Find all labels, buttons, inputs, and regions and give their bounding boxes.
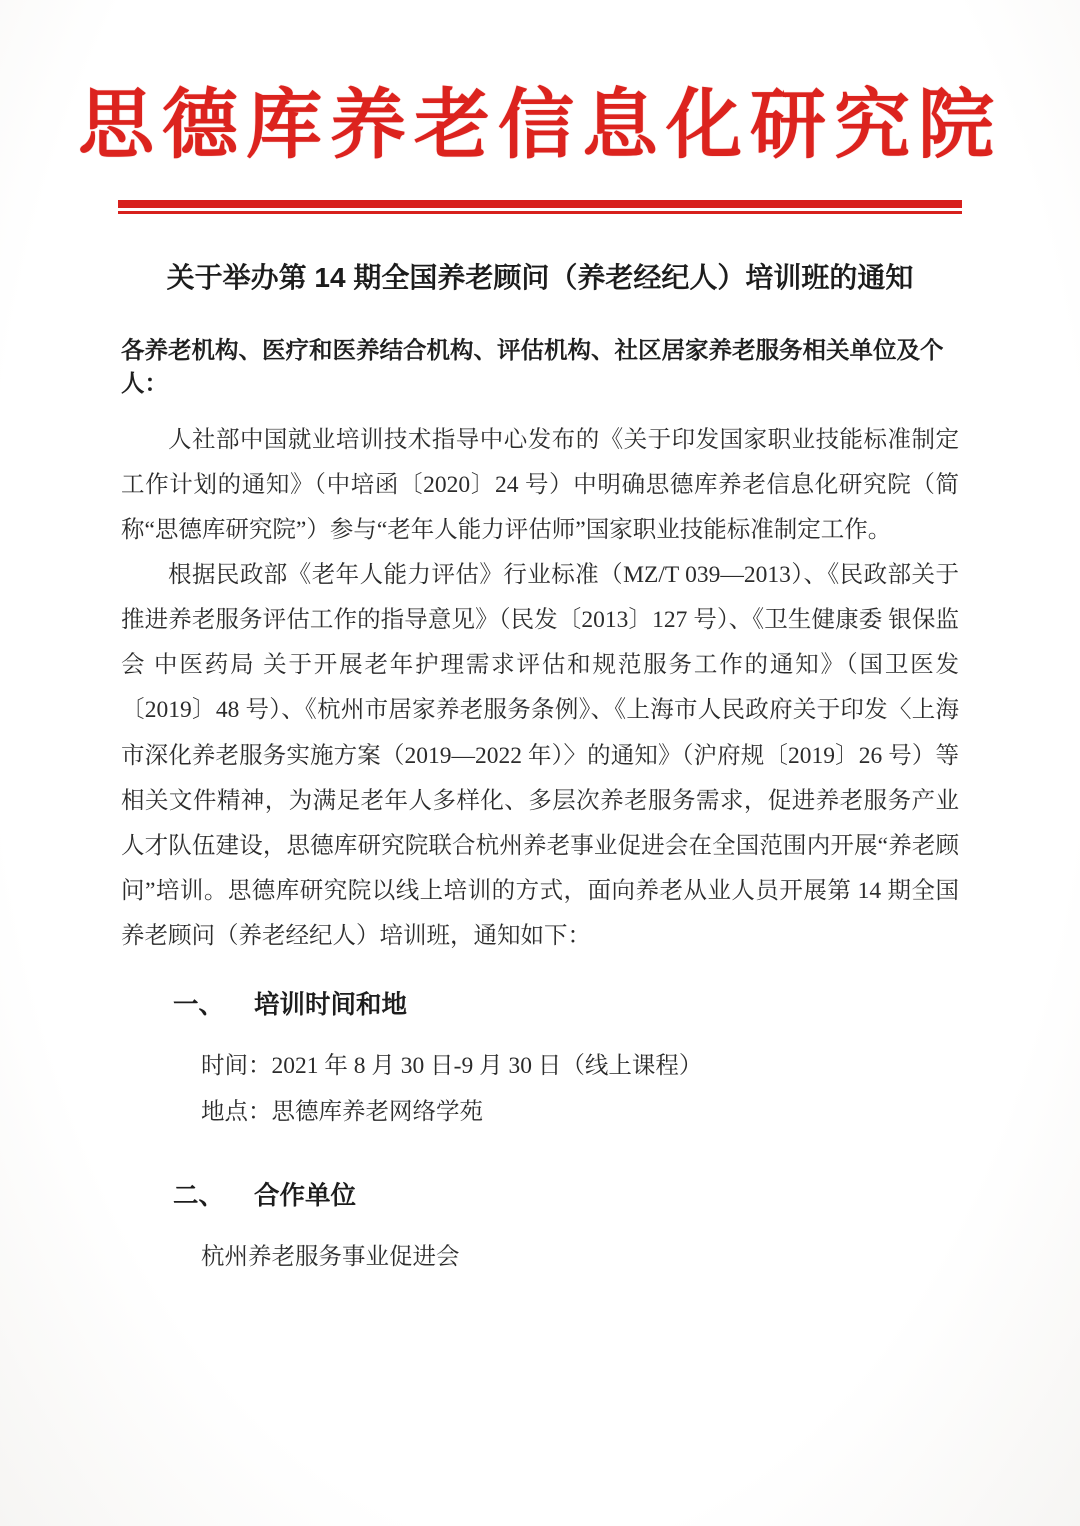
letterhead: 思德库养老信息化研究院 (0, 0, 1080, 214)
section-heading-text: 合作单位 (254, 1182, 356, 1210)
section-number: 一、 (173, 989, 224, 1022)
notice-document-page: 思德库养老信息化研究院 关于举办第 14 期全国养老顾问（养老经纪人）培训班的通… (0, 0, 1080, 1526)
section-number: 二、 (173, 1180, 224, 1213)
letterhead-divider (118, 200, 962, 214)
section-cooperation-unit: 二、合作单位 杭州养老服务事业促进会 (121, 1180, 959, 1281)
section-content: 时间：2021 年 8 月 30 日-9 月 30 日（线上课程） 地点：思德库… (121, 1044, 959, 1136)
section-heading: 二、合作单位 (121, 1180, 959, 1213)
letterhead-divider-thick-line (118, 200, 962, 208)
notice-body: 关于举办第 14 期全国养老顾问（养老经纪人）培训班的通知 各养老机构、医疗和医… (121, 256, 959, 1281)
training-time-line: 时间：2021 年 8 月 30 日-9 月 30 日（线上课程） (121, 1044, 959, 1090)
paragraph-policy-basis-and-announcement: 根据民政部《老年人能力评估》行业标准（MZ/T 039—2013）、《民政部关于… (121, 553, 959, 959)
training-place-line: 地点：思德库养老网络学苑 (121, 1090, 959, 1136)
paragraph-standard-basis-intro: 人社部中国就业培训技术指导中心发布的《关于印发国家职业技能标准制定工作计划的通知… (121, 418, 959, 553)
letterhead-divider-thin-line (118, 211, 962, 214)
section-heading: 一、培训时间和地 (121, 989, 959, 1022)
notice-paragraphs: 人社部中国就业培训技术指导中心发布的《关于印发国家职业技能标准制定工作计划的通知… (121, 418, 959, 959)
section-content: 杭州养老服务事业促进会 (121, 1235, 959, 1281)
cooperation-unit-line: 杭州养老服务事业促进会 (121, 1235, 959, 1281)
organization-name: 思德库养老信息化研究院 (0, 88, 1080, 164)
notice-title: 关于举办第 14 期全国养老顾问（养老经纪人）培训班的通知 (121, 256, 959, 296)
salutation-line: 各养老机构、医疗和医养结合机构、评估机构、社区居家养老服务相关单位及个人： (121, 334, 959, 400)
section-training-time-and-place: 一、培训时间和地 时间：2021 年 8 月 30 日-9 月 30 日（线上课… (121, 989, 959, 1136)
section-heading-text: 培训时间和地 (254, 991, 407, 1019)
